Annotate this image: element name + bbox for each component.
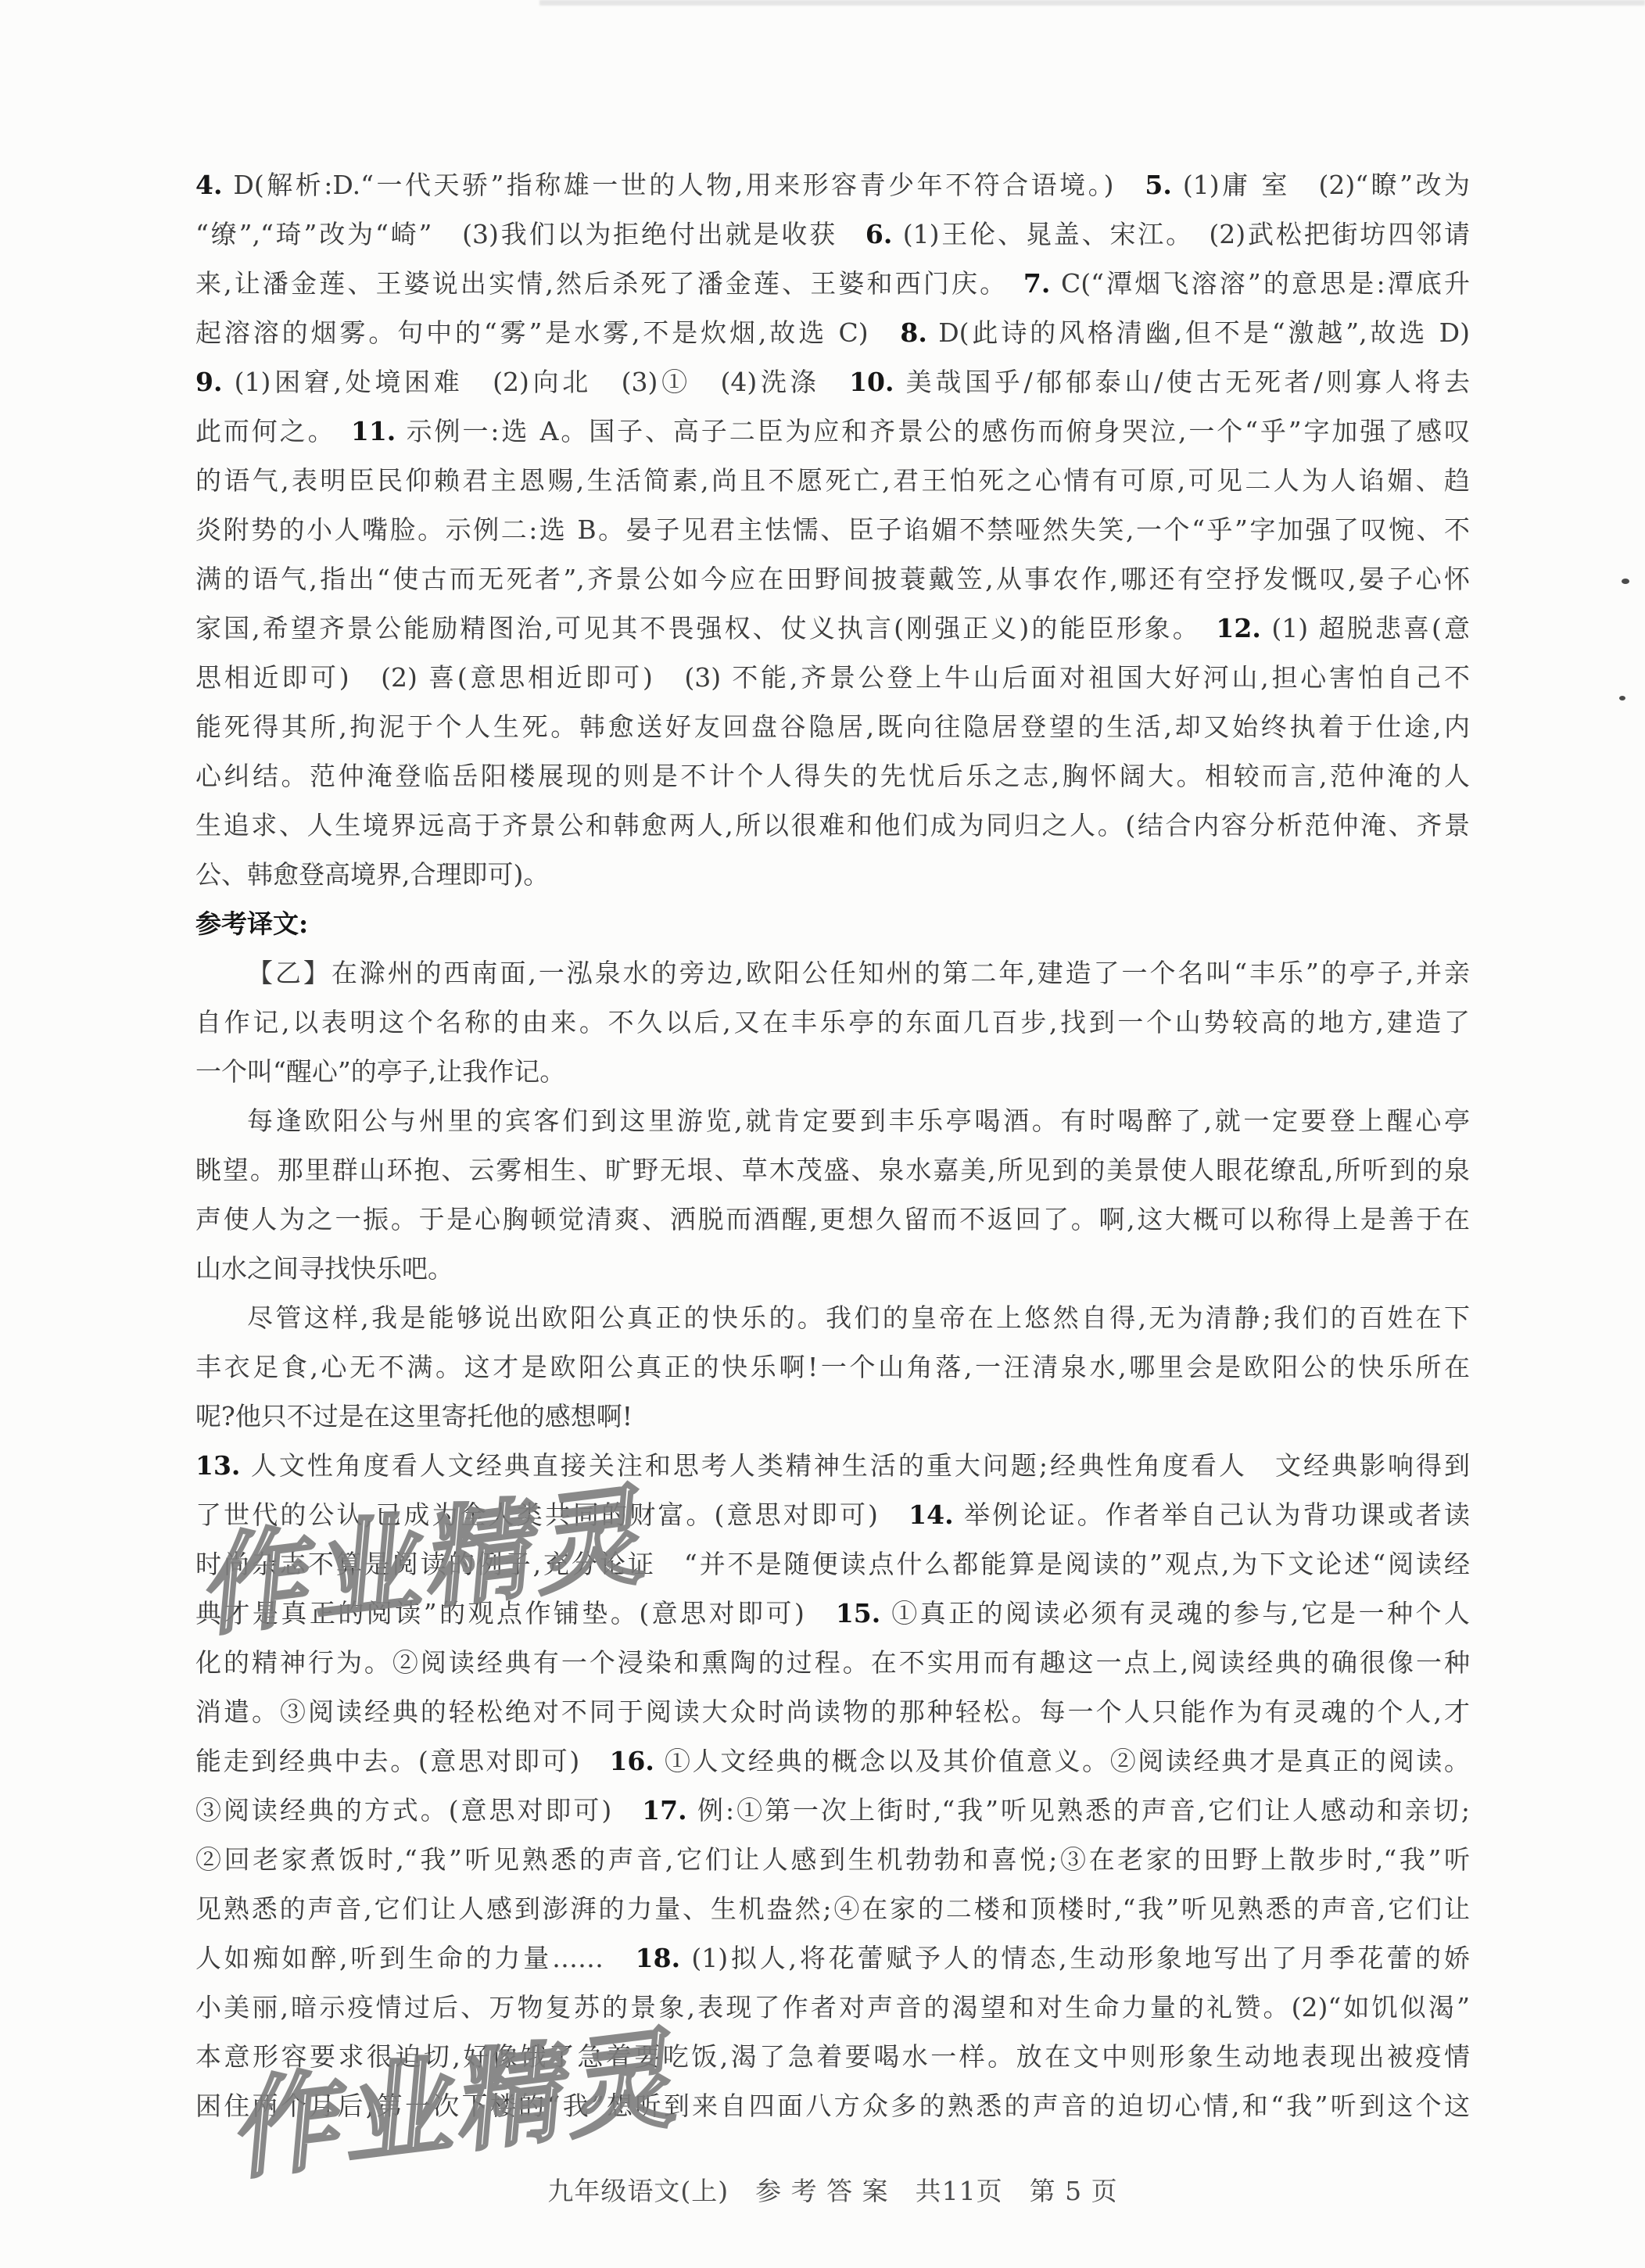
- question-number: 14.: [909, 1499, 953, 1530]
- text-line: 每逢欧阳公与州里的宾客们到这里游览,就肯定要到丰乐亭喝酒。有时喝醉了,就一定要登…: [195, 1096, 1470, 1145]
- text-line: 9. (1)困窘,处境困难 (2)向北 (3)① (4)洗涤 10. 美哉国乎/…: [195, 357, 1470, 407]
- text-line: 呢?他只不过是在这里寄托他的感想啊!: [195, 1392, 1470, 1441]
- answer-text: 此而何之。: [195, 416, 351, 446]
- scanned-answer-page: 4. D(解析:D.“一代天骄”指称雄一世的人物,用来形容青少年不符合语境。) …: [0, 0, 1645, 2268]
- text-line: 满的语气,指出“使古而无死者”,齐景公如今应在田野间披蓑戴笠,从事农作,哪还有空…: [195, 554, 1470, 604]
- answer-text: 人文性角度看人文经典直接关注和思考人类精神生活的重大问题;经典性角度看人 文经典…: [240, 1450, 1470, 1481]
- answer-text: 丰衣足食,心无不满。这才是欧阳公真正的快乐啊!一个山角落,一汪清泉水,哪里会是欧…: [195, 1352, 1470, 1382]
- answer-text: ①人文经典的概念以及其价值意义。②阅读经典才是真正的阅读。: [654, 1746, 1470, 1776]
- text-line: 起溶溶的烟雾。句中的“雾”是水雾,不是炊烟,故选 C) 8. D(此诗的风格清幽…: [195, 308, 1470, 357]
- question-number: 9.: [195, 367, 222, 397]
- answer-text: (1)庸 室 (2)“瞭”改为: [1172, 170, 1470, 200]
- answer-text: D(此诗的风格清幽,但不是“激越”,故选 D): [927, 317, 1470, 348]
- answer-text: 公、韩愈登高境界,合理即可)。: [195, 859, 549, 890]
- answer-text: 思相近即可) (2) 喜(意思相近即可) (3) 不能,齐景公登上牛山后面对祖国…: [195, 662, 1470, 693]
- answer-text: “缭”,“琦”改为“崎” (3)我们以为拒绝付出就是收获: [195, 219, 866, 249]
- answer-text: 能死得其所,拘泥于个人生死。韩愈送好友回盘谷隐居,既向往隐居登望的生活,却又始终…: [195, 711, 1470, 742]
- text-line: 生追求、人生境界远高于齐景公和韩愈两人,所以很难和他们成为同归之人。(结合内容分…: [195, 801, 1470, 850]
- question-number: 12.: [1216, 613, 1260, 643]
- answer-text: 小美丽,暗示疫情过后、万物复苏的景象,表现了作者对声音的渴望和对生命力量的礼赞。…: [195, 1992, 1470, 2023]
- text-line: 此而何之。 11. 示例一:选 A。国子、高子二臣为应和齐景公的感伤而俯身哭泣,…: [195, 407, 1470, 456]
- text-line: 见熟悉的声音,它们让人感到澎湃的力量、生机盎然;④在家的二楼和顶楼时,“我”听见…: [195, 1884, 1470, 1933]
- answer-text: ①真正的阅读必须有灵魂的参与,它是一种个人: [880, 1598, 1470, 1628]
- answer-text: C(“潭烟飞溶溶”的意思是:潭底升: [1050, 268, 1470, 299]
- text-line: 消遣。③阅读经典的轻松绝对不同于阅读大众时尚读物的那种轻松。每一个人只能作为有灵…: [195, 1687, 1470, 1736]
- text-line: 参考译文:: [195, 899, 1470, 948]
- text-line: 山水之间寻找快乐吧。: [195, 1244, 1470, 1293]
- answer-text: 典才是真正的阅读”的观点作铺垫。(意思对即可): [195, 1598, 836, 1628]
- text-line: 思相近即可) (2) 喜(意思相近即可) (3) 不能,齐景公登上牛山后面对祖国…: [195, 653, 1470, 702]
- text-line: 家国,希望齐景公能励精图治,可见其不畏强权、仗义执言(刚强正义)的能臣形象。 1…: [195, 604, 1470, 653]
- answer-text: 消遣。③阅读经典的轻松绝对不同于阅读大众时尚读物的那种轻松。每一个人只能作为有灵…: [195, 1697, 1470, 1727]
- answer-text: (1)王伦、晁盖、宋江。 (2)武松把街坊四邻请: [892, 219, 1470, 249]
- text-line: 丰衣足食,心无不满。这才是欧阳公真正的快乐啊!一个山角落,一汪清泉水,哪里会是欧…: [195, 1342, 1470, 1392]
- text-line: 能死得其所,拘泥于个人生死。韩愈送好友回盘谷隐居,既向往隐居登望的生活,却又始终…: [195, 702, 1470, 751]
- question-number: 13.: [195, 1450, 240, 1481]
- text-line: 来,让潘金莲、王婆说出实情,然后杀死了潘金莲、王婆和西门庆。 7. C(“潭烟飞…: [195, 259, 1470, 308]
- page-footer: 九年级语文(上) 参 考 答 案 共11页 第 5 页: [195, 2176, 1470, 2207]
- question-number: 18.: [636, 1943, 680, 1973]
- answer-text: 家国,希望齐景公能励精图治,可见其不畏强权、仗义执言(刚强正义)的能臣形象。: [195, 613, 1216, 643]
- question-number: 16.: [609, 1746, 654, 1776]
- question-number: 11.: [351, 416, 396, 446]
- text-line: 本意形容要求很迫切,好像饿了急着要吃饭,渴了急着要喝水一样。放在文中则形象生动地…: [195, 2032, 1470, 2081]
- answer-text: 示例一:选 A。国子、高子二臣为应和齐景公的感伤而俯身哭泣,一个“乎”字加强了感…: [396, 416, 1470, 446]
- question-number: 参考译文:: [195, 908, 308, 939]
- answer-text: 眺望。那里群山环抱、云雾相生、旷野无垠、草木茂盛、泉水嘉美,所见到的美景使人眼花…: [195, 1155, 1470, 1185]
- text-line: 炎附势的小人嘴脸。示例二:选 B。晏子见君主怯懦、臣子谄媚不禁哑然失笑,一个“乎…: [195, 505, 1470, 554]
- text-line: 的语气,表明臣民仰赖君主恩赐,生活简素,尚且不愿死亡,君王怕死之心情有可原,可见…: [195, 456, 1470, 505]
- text-line: 自作记,以表明这个名称的由来。不久以后,又在丰乐亭的东面几百步,找到一个山势较高…: [195, 998, 1470, 1047]
- question-number: 17.: [642, 1795, 686, 1826]
- question-number: 5.: [1145, 170, 1171, 200]
- answer-text: (1)拟人,将花蕾赋予人的情态,生动形象地写出了月季花蕾的娇: [680, 1943, 1470, 1973]
- answer-text: 能走到经典中去。(意思对即可): [195, 1746, 609, 1776]
- text-line: 眺望。那里群山环抱、云雾相生、旷野无垠、草木茂盛、泉水嘉美,所见到的美景使人眼花…: [195, 1145, 1470, 1195]
- text-line: ③阅读经典的方式。(意思对即可) 17. 例:①第一次上街时,“我”听见熟悉的声…: [195, 1786, 1470, 1835]
- answer-text: 来,让潘金莲、王婆说出实情,然后杀死了潘金莲、王婆和西门庆。: [195, 268, 1023, 299]
- text-line: 【乙】在滁州的西南面,一泓泉水的旁边,欧阳公任知州的第二年,建造了一个名叫“丰乐…: [195, 948, 1470, 998]
- answer-text: 心纠结。范仲淹登临岳阳楼展现的则是不计个人得失的先忧后乐之志,胸怀阔大。相较而言…: [195, 761, 1470, 791]
- text-line: 典才是真正的阅读”的观点作铺垫。(意思对即可) 15. ①真正的阅读必须有灵魂的…: [195, 1589, 1470, 1638]
- text-line: 4. D(解析:D.“一代天骄”指称雄一世的人物,用来形容青少年不符合语境。) …: [195, 160, 1470, 210]
- text-line: 人如痴如醉,听到生命的力量…… 18. (1)拟人,将花蕾赋予人的情态,生动形象…: [195, 1933, 1470, 1983]
- question-number: 6.: [866, 219, 892, 249]
- question-number: 8.: [900, 317, 926, 348]
- scan-speck: [1622, 579, 1629, 584]
- text-line: ②回老家煮饭时,“我”听见熟悉的声音,它们让人感到生机勃勃和喜悦;③在老家的田野…: [195, 1835, 1470, 1884]
- text-line: 13. 人文性角度看人文经典直接关注和思考人类精神生活的重大问题;经典性角度看人…: [195, 1441, 1470, 1490]
- text-line: 时尚杂志不算是阅读的例子,充分论证 “并不是随便读点什么都能算是阅读的”观点,为…: [195, 1539, 1470, 1589]
- text-line: 公、韩愈登高境界,合理即可)。: [195, 850, 1470, 899]
- answer-text: D(解析:D.“一代天骄”指称雄一世的人物,用来形容青少年不符合语境。): [222, 170, 1145, 200]
- answer-text: 【乙】在滁州的西南面,一泓泉水的旁边,欧阳公任知州的第二年,建造了一个名叫“丰乐…: [247, 958, 1470, 988]
- answer-text: 尽管这样,我是能够说出欧阳公真正的快乐的。我们的皇帝在上悠然自得,无为清静;我们…: [247, 1302, 1470, 1333]
- answer-text: 例:①第一次上街时,“我”听见熟悉的声音,它们让人感动和亲切;: [687, 1795, 1470, 1826]
- text-line: 了世代的公认,已成为全人类共同的财富。(意思对即可) 14. 举例论证。作者举自…: [195, 1490, 1470, 1539]
- text-line: 化的精神行为。②阅读经典有一个浸染和熏陶的过程。在不实用而有趣这一点上,阅读经典…: [195, 1638, 1470, 1687]
- text-line: 能走到经典中去。(意思对即可) 16. ①人文经典的概念以及其价值意义。②阅读经…: [195, 1736, 1470, 1786]
- answer-text: 的语气,表明臣民仰赖君主恩赐,生活简素,尚且不愿死亡,君王怕死之心情有可原,可见…: [195, 465, 1470, 496]
- answer-text: 山水之间寻找快乐吧。: [195, 1253, 453, 1284]
- scan-noise-artifact: [539, 0, 1645, 5]
- answer-text: 美哉国乎/郁郁泰山/使古无死者/则寡人将去: [894, 367, 1470, 397]
- answer-text: 起溶溶的烟雾。句中的“雾”是水雾,不是炊烟,故选 C): [195, 317, 900, 348]
- answer-text: 一个叫“醒心”的亭子,让我作记。: [195, 1056, 565, 1087]
- answer-text: 炎附势的小人嘴脸。示例二:选 B。晏子见君主怯懦、臣子谄媚不禁哑然失笑,一个“乎…: [195, 514, 1470, 545]
- answer-text: 声使人为之一振。于是心胸顿觉清爽、洒脱而酒醒,更想久留而不返回了。啊,这大概可以…: [195, 1204, 1470, 1234]
- answer-text: (1)困窘,处境困难 (2)向北 (3)① (4)洗涤: [222, 367, 849, 397]
- question-number: 4.: [195, 170, 222, 200]
- answer-lines: 4. D(解析:D.“一代天骄”指称雄一世的人物,用来形容青少年不符合语境。) …: [195, 160, 1470, 2130]
- answer-text: 人如痴如醉,听到生命的力量……: [195, 1943, 636, 1973]
- text-line: 一个叫“醒心”的亭子,让我作记。: [195, 1047, 1470, 1096]
- answer-text: 每逢欧阳公与州里的宾客们到这里游览,就肯定要到丰乐亭喝酒。有时喝醉了,就一定要登…: [247, 1105, 1470, 1136]
- answer-text: 举例论证。作者举自己认为背功课或者读: [954, 1499, 1470, 1530]
- answer-text: 呢?他只不过是在这里寄托他的感想啊!: [195, 1401, 633, 1431]
- answer-text: 了世代的公认,已成为全人类共同的财富。(意思对即可): [195, 1499, 909, 1530]
- answer-text: 困住两个月后,第一次下楼的“我”想听到来自四面八方众多的熟悉的声音的迫切心情,和…: [195, 2091, 1470, 2121]
- answer-text: 本意形容要求很迫切,好像饿了急着要吃饭,渴了急着要喝水一样。放在文中则形象生动地…: [195, 2041, 1470, 2072]
- text-line: 小美丽,暗示疫情过后、万物复苏的景象,表现了作者对声音的渴望和对生命力量的礼赞。…: [195, 1983, 1470, 2032]
- question-number: 15.: [836, 1598, 880, 1628]
- answer-text: 时尚杂志不算是阅读的例子,充分论证 “并不是随便读点什么都能算是阅读的”观点,为…: [195, 1549, 1470, 1579]
- scan-speck: [1619, 696, 1625, 700]
- answer-text: 满的语气,指出“使古而无死者”,齐景公如今应在田野间披蓑戴笠,从事农作,哪还有空…: [195, 564, 1470, 594]
- answer-text: 化的精神行为。②阅读经典有一个浸染和熏陶的过程。在不实用而有趣这一点上,阅读经典…: [195, 1647, 1470, 1678]
- answer-text: ③阅读经典的方式。(意思对即可): [195, 1795, 642, 1826]
- question-number: 10.: [849, 367, 894, 397]
- text-line: 声使人为之一振。于是心胸顿觉清爽、洒脱而酒醒,更想久留而不返回了。啊,这大概可以…: [195, 1195, 1470, 1244]
- text-line: “缭”,“琦”改为“崎” (3)我们以为拒绝付出就是收获 6. (1)王伦、晁盖…: [195, 210, 1470, 259]
- answer-text: 自作记,以表明这个名称的由来。不久以后,又在丰乐亭的东面几百步,找到一个山势较高…: [195, 1007, 1470, 1037]
- text-line: 心纠结。范仲淹登临岳阳楼展现的则是不计个人得失的先忧后乐之志,胸怀阔大。相较而言…: [195, 751, 1470, 801]
- answer-text: 见熟悉的声音,它们让人感到澎湃的力量、生机盎然;④在家的二楼和顶楼时,“我”听见…: [195, 1894, 1470, 1924]
- answer-text: 生追求、人生境界远高于齐景公和韩愈两人,所以很难和他们成为同归之人。(结合内容分…: [195, 810, 1470, 840]
- answer-text: ②回老家煮饭时,“我”听见熟悉的声音,它们让人感到生机勃勃和喜悦;③在老家的田野…: [195, 1844, 1470, 1875]
- text-line: 困住两个月后,第一次下楼的“我”想听到来自四面八方众多的熟悉的声音的迫切心情,和…: [195, 2081, 1470, 2130]
- question-number: 7.: [1023, 268, 1050, 299]
- answer-text: (1) 超脱悲喜(意: [1261, 613, 1470, 643]
- text-line: 尽管这样,我是能够说出欧阳公真正的快乐的。我们的皇帝在上悠然自得,无为清静;我们…: [195, 1293, 1470, 1342]
